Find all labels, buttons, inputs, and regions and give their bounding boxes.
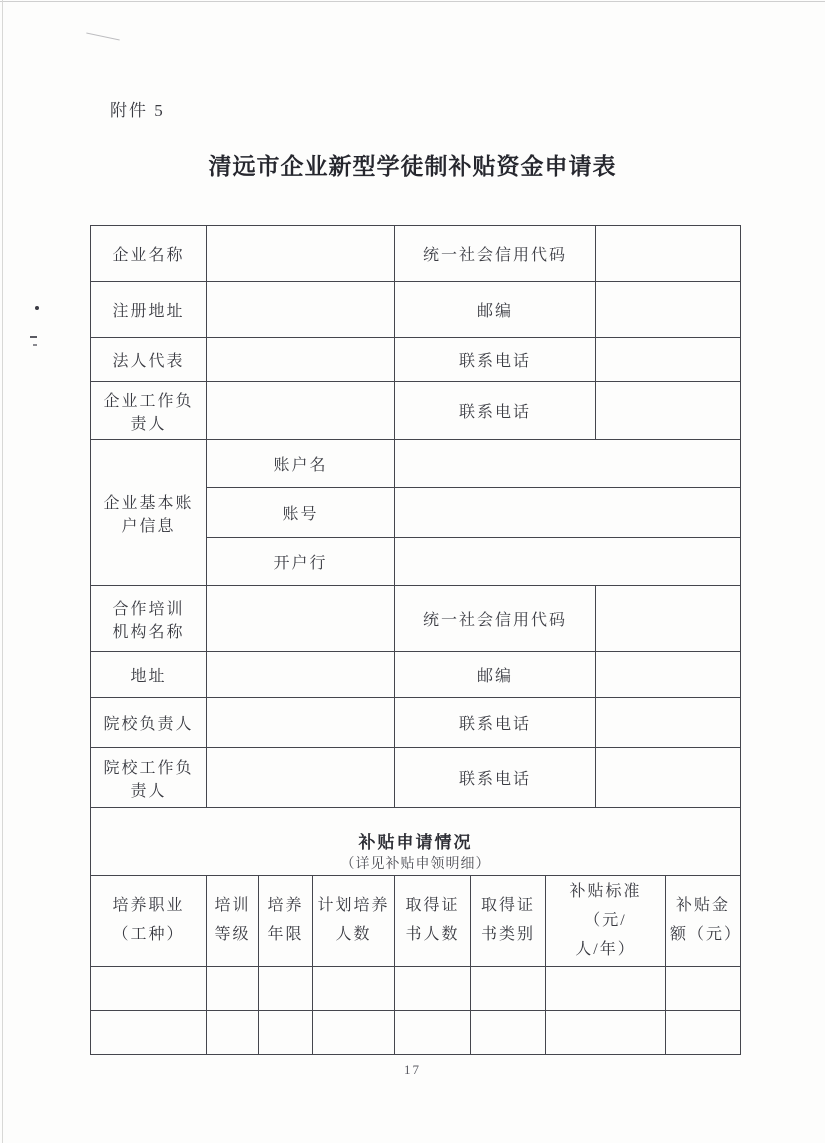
attachment-label: 附件 5 bbox=[110, 96, 165, 121]
field-label: 院校工作负 责人 bbox=[91, 748, 207, 808]
table-row bbox=[91, 1011, 741, 1055]
field-label: 企业名称 bbox=[91, 226, 207, 282]
field-label: 邮编 bbox=[395, 282, 596, 338]
account-name-value-cell bbox=[395, 440, 741, 488]
margin-dash-artifact bbox=[30, 336, 37, 338]
page-number: 17 bbox=[0, 1062, 825, 1078]
scan-streak-artifact bbox=[86, 32, 119, 40]
institution-address-value-cell bbox=[207, 652, 395, 698]
table-row: 法人代表 联系电话 bbox=[91, 338, 741, 382]
table-row: 合作培训 机构名称 统一社会信用代码 bbox=[91, 586, 741, 652]
field-label: 统一社会信用代码 bbox=[395, 226, 596, 282]
data-cell bbox=[91, 967, 207, 1011]
field-label: 开户行 bbox=[207, 538, 395, 586]
data-cell bbox=[546, 967, 666, 1011]
bank-branch-value-cell bbox=[395, 538, 741, 586]
data-cell bbox=[471, 967, 546, 1011]
institution-name-value-cell bbox=[207, 586, 395, 652]
field-label: 账户名 bbox=[207, 440, 395, 488]
field-label: 联系电话 bbox=[395, 698, 596, 748]
data-cell bbox=[395, 1011, 471, 1055]
data-cell bbox=[207, 1011, 259, 1055]
data-cell bbox=[259, 1011, 313, 1055]
postcode-value-cell bbox=[596, 652, 741, 698]
credit-code-value-cell bbox=[596, 226, 741, 282]
field-label: 统一社会信用代码 bbox=[395, 586, 596, 652]
column-header-subsidy-standard: 补贴标准（元/ 人/年） bbox=[546, 876, 666, 967]
phone-value-cell bbox=[596, 698, 741, 748]
data-cell bbox=[207, 967, 259, 1011]
table-row: 院校负责人 联系电话 bbox=[91, 698, 741, 748]
data-cell bbox=[471, 1011, 546, 1055]
bank-group-label: 企业基本账 户信息 bbox=[91, 440, 207, 586]
field-label: 联系电话 bbox=[395, 382, 596, 440]
field-label: 地址 bbox=[91, 652, 207, 698]
table-header-row: 培养职业 （工种） 培训 等级 培养 年限 计划培养 人数 取得证 书人数 取得… bbox=[91, 876, 741, 967]
page-title: 清远市企业新型学徒制补贴资金申请表 bbox=[0, 148, 825, 181]
scan-edge-top bbox=[0, 1, 825, 2]
column-header-training-level: 培训 等级 bbox=[207, 876, 259, 967]
data-cell bbox=[313, 967, 395, 1011]
table-row: 地址 邮编 bbox=[91, 652, 741, 698]
table-row bbox=[91, 967, 741, 1011]
data-cell bbox=[666, 1011, 741, 1055]
registered-address-value-cell bbox=[207, 282, 395, 338]
phone-value-cell bbox=[596, 748, 741, 808]
data-cell bbox=[91, 1011, 207, 1055]
data-cell bbox=[666, 967, 741, 1011]
column-header-training-years: 培养 年限 bbox=[259, 876, 313, 967]
field-label: 联系电话 bbox=[395, 748, 596, 808]
margin-dot-artifact bbox=[35, 306, 39, 310]
table-row: 注册地址 邮编 bbox=[91, 282, 741, 338]
credit-code-value-cell bbox=[596, 586, 741, 652]
field-label: 注册地址 bbox=[91, 282, 207, 338]
data-cell bbox=[395, 967, 471, 1011]
company-contact-value-cell bbox=[207, 382, 395, 440]
field-label: 企业工作负 责人 bbox=[91, 382, 207, 440]
application-form-table: 企业名称 统一社会信用代码 注册地址 邮编 法人代表 联系电话 企业工作负 责人… bbox=[90, 225, 741, 1055]
subsidy-section-subtitle: （详见补贴申领明细） bbox=[341, 857, 491, 872]
table-row: 补贴申请情况 （详见补贴申领明细） bbox=[91, 808, 741, 876]
data-cell bbox=[546, 1011, 666, 1055]
phone-value-cell bbox=[596, 338, 741, 382]
postcode-value-cell bbox=[596, 282, 741, 338]
field-label: 账号 bbox=[207, 488, 395, 538]
field-label: 联系电话 bbox=[395, 338, 596, 382]
data-cell bbox=[259, 967, 313, 1011]
table-row: 企业基本账 户信息 账户名 bbox=[91, 440, 741, 488]
subsidy-section-title: 补贴申请情况 bbox=[359, 833, 473, 852]
column-header-subsidy-amount: 补贴金 额（元） bbox=[666, 876, 741, 967]
column-header-occupation: 培养职业 （工种） bbox=[91, 876, 207, 967]
field-label: 合作培训 机构名称 bbox=[91, 586, 207, 652]
subsidy-section-header: 补贴申请情况 （详见补贴申领明细） bbox=[91, 808, 741, 876]
column-header-certificate-type: 取得证 书类别 bbox=[471, 876, 546, 967]
scanned-document-page: { "page": { "attachment_label": "附件 5", … bbox=[0, 0, 825, 1143]
table-row: 企业工作负 责人 联系电话 bbox=[91, 382, 741, 440]
account-number-value-cell bbox=[395, 488, 741, 538]
table-row: 企业名称 统一社会信用代码 bbox=[91, 226, 741, 282]
legal-representative-value-cell bbox=[207, 338, 395, 382]
company-name-value-cell bbox=[207, 226, 395, 282]
field-label: 院校负责人 bbox=[91, 698, 207, 748]
column-header-certified-count: 取得证 书人数 bbox=[395, 876, 471, 967]
field-label: 法人代表 bbox=[91, 338, 207, 382]
school-leader-value-cell bbox=[207, 698, 395, 748]
table-row: 院校工作负 责人 联系电话 bbox=[91, 748, 741, 808]
phone-value-cell bbox=[596, 382, 741, 440]
field-label: 邮编 bbox=[395, 652, 596, 698]
margin-dash2-artifact bbox=[33, 344, 37, 346]
column-header-planned-trainees: 计划培养 人数 bbox=[313, 876, 395, 967]
school-contact-value-cell bbox=[207, 748, 395, 808]
data-cell bbox=[313, 1011, 395, 1055]
